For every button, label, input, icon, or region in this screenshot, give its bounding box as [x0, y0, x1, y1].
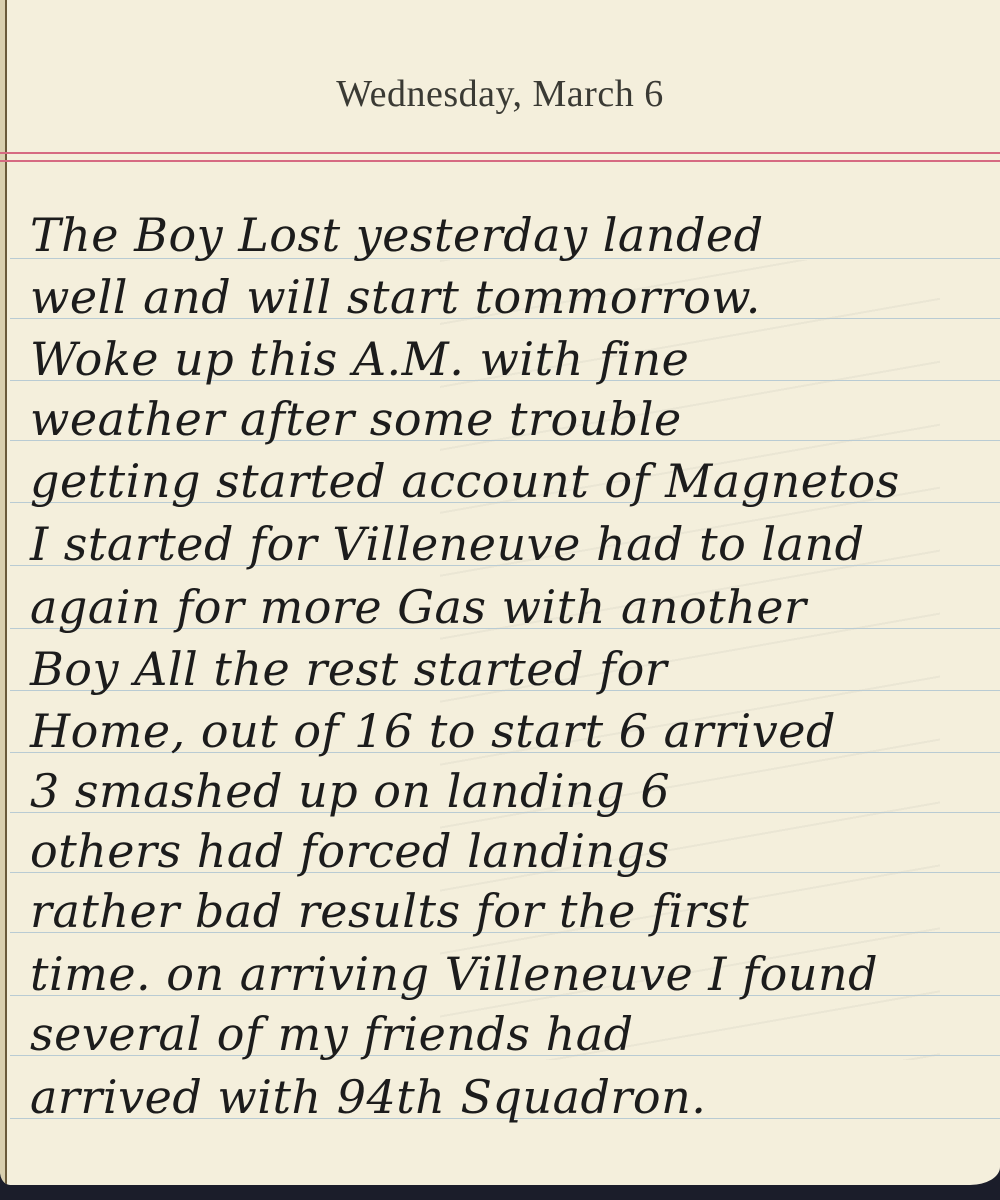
entry-line: several of my friends had [30, 1011, 990, 1057]
header-red-rule-bottom [0, 160, 1000, 162]
entry-line: well and will start tommorrow. [30, 274, 990, 320]
header-red-rule-top [0, 152, 1000, 154]
entry-line: weather after some trouble [30, 396, 990, 442]
entry-line: others had forced landings [30, 828, 990, 874]
entry-line: Home, out of 16 to start 6 arrived [30, 708, 990, 754]
entry-line: arrived with 94th Squadron. [30, 1074, 990, 1120]
entry-line: again for more Gas with another [30, 584, 990, 630]
entry-line: 3 smashed up on landing 6 [30, 768, 990, 814]
binding-edge [5, 0, 7, 1185]
diary-page: Wednesday, March 6 The Boy Lost yesterda… [0, 0, 1000, 1185]
entry-line: rather bad results for the first [30, 888, 990, 934]
entry-line: getting started account of Magnetos [30, 458, 990, 504]
entry-line: I started for Villeneuve had to land [30, 521, 990, 567]
entry-line: Woke up this A.M. with fine [30, 336, 990, 382]
entry-line: The Boy Lost yesterday landed [30, 212, 990, 258]
entry-line: Boy All the rest started for [30, 646, 990, 692]
entry-line: time. on arriving Villeneuve I found [30, 951, 990, 997]
page-date-heading: Wednesday, March 6 [0, 72, 1000, 116]
